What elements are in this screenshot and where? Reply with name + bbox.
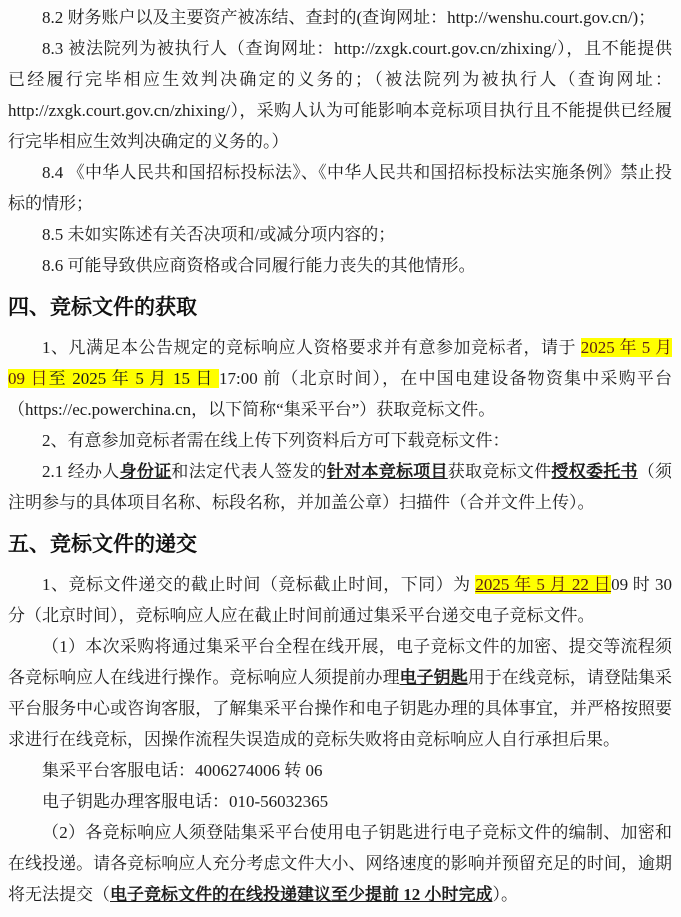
paragraph-8-5: 8.5 未如实陈述有关否决项和/或减分项内容的； [8, 219, 672, 250]
section-heading-submission-of-bid-documents: 五、竞标文件的递交 [8, 531, 672, 558]
paragraph-text: 8.3 被法院列为被执行人（查询网址：http://zxgk.court.gov… [8, 39, 672, 151]
paragraph-text: 2.1 经办人 [42, 462, 120, 481]
paragraph-text: 1、竞标文件递交的截止时间（竞标截止时间，下同）为 [42, 575, 475, 594]
paragraph-s4-2: 2、有意参加竞标者需在线上传下列资料后方可下载竞标文件： [8, 425, 672, 456]
paragraph-text: 8.6 可能导致供应商资格或合同履行能力丧失的其他情形。 [42, 256, 476, 275]
paragraph-s5-1: 1、竞标文件递交的截止时间（竞标截止时间，下同）为 2025 年 5 月 22 … [8, 569, 672, 631]
paragraph-s5-3: （2）各竞标响应人须登陆集采平台使用电子钥匙进行电子竞标文件的编制、加密和在线投… [8, 817, 672, 910]
emphasized-term-digital-key: 电子钥匙 [400, 668, 468, 687]
paragraph-8-6: 8.6 可能导致供应商资格或合同履行能力丧失的其他情形。 [8, 250, 672, 281]
paragraph-text: 8.5 未如实陈述有关否决项和/或减分项内容的； [42, 225, 395, 244]
paragraph-platform-hotline: 集采平台客服电话：4006274006 转 06 [8, 755, 672, 786]
paragraph-text: 和法定代表人签发的 [171, 462, 326, 481]
paragraph-text: 2、有意参加竞标者需在线上传下列资料后方可下载竞标文件： [42, 431, 510, 450]
highlighted-date-deadline: 2025 年 5 月 22 日 [475, 575, 611, 594]
paragraph-text: 8.2 财务账户以及主要资产被冻结、查封的(查询网址：http://wenshu… [42, 8, 655, 27]
emphasized-term-id-card: 身份证 [120, 462, 172, 481]
paragraph-text: 1、凡满足本公告规定的竞标响应人资格要求并有意参加竞标者，请于 [42, 338, 581, 357]
highlighted-date-obtain-end: 至 2025 年 5 月 15 日 [49, 369, 219, 388]
paragraph-text: 集采平台客服电话：4006274006 转 06 [42, 761, 323, 780]
paragraph-text: 获取竞标文件 [448, 462, 552, 481]
paragraph-text: ）。 [493, 885, 519, 904]
emphasized-term-upload-12-hours-early: 电子竞标文件的在线投递建议至少提前 12 小时完成 [110, 885, 493, 904]
paragraph-text: 8.4 《中华人民共和国招标投标法》、《中华人民共和国招标投标法实施条例》禁止投… [8, 163, 672, 213]
paragraph-text: 电子钥匙办理客服电话：010-56032365 [42, 792, 328, 811]
paragraph-s4-1: 1、凡满足本公告规定的竞标响应人资格要求并有意参加竞标者，请于 2025 年 5… [8, 332, 672, 425]
paragraph-digital-key-hotline: 电子钥匙办理客服电话：010-56032365 [8, 786, 672, 817]
emphasized-term-for-this-project: 针对本竞标项目 [327, 462, 448, 481]
paragraph-s4-2-1: 2.1 经办人身份证和法定代表人签发的针对本竞标项目获取竞标文件授权委托书（须注… [8, 456, 672, 518]
paragraph-8-4: 8.4 《中华人民共和国招标投标法》、《中华人民共和国招标投标法实施条例》禁止投… [8, 157, 672, 219]
paragraph-8-3: 8.3 被法院列为被执行人（查询网址：http://zxgk.court.gov… [8, 33, 672, 157]
paragraph-8-2: 8.2 财务账户以及主要资产被冻结、查封的(查询网址：http://wenshu… [8, 2, 672, 33]
document-page: 8.2 财务账户以及主要资产被冻结、查封的(查询网址：http://wenshu… [0, 0, 681, 917]
emphasized-term-power-of-attorney: 授权委托书 [551, 462, 637, 481]
section-heading-obtaining-bid-documents: 四、竞标文件的获取 [8, 294, 672, 321]
paragraph-s5-2: （1）本次采购将通过集采平台全程在线开展，电子竞标文件的加密、提交等流程须各竞标… [8, 631, 672, 755]
